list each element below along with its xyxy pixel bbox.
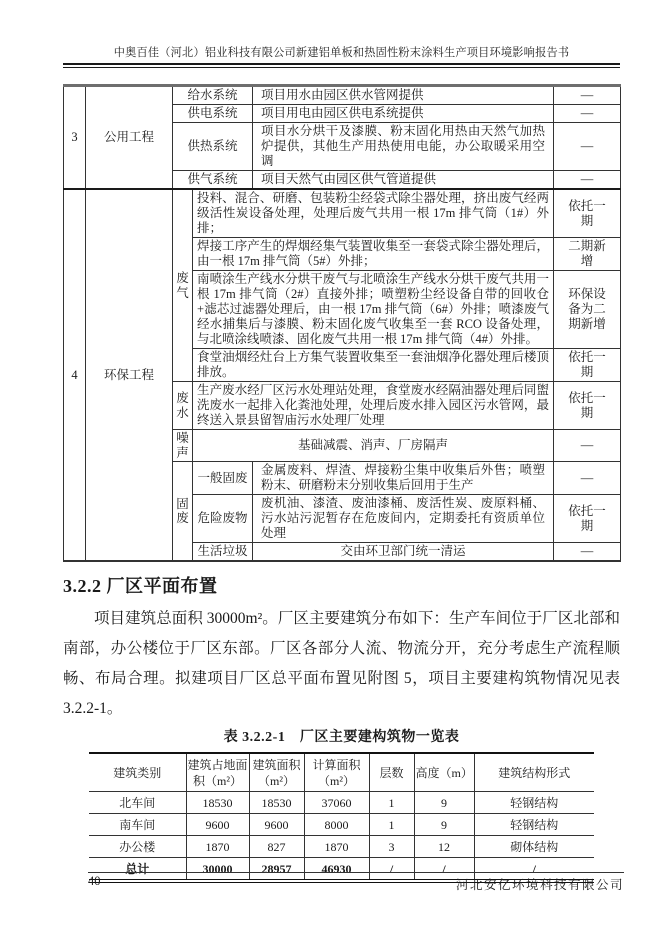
system-desc-cell: 项目用电由园区供电系统提供 [253,105,554,123]
measure-desc-cell: 生产废水经厂区污水处理站处理，食堂废水经隔油器处理后同盥洗废水一起排入化粪池处理… [193,382,554,430]
solid-waste-type-cell: 一般固废 [193,462,253,495]
cell-height: 9 [414,792,474,814]
cell-floors: 1 [369,814,414,836]
col-header-building-area: 建筑面积（m²） [249,753,304,792]
buildings-table: 建筑类别 建筑占地面积（m²） 建筑面积（m²） 计算面积（m²） 层数 高度（… [89,752,594,883]
measure-desc-cell: 基础减震、消声、厂房隔声 [193,430,554,462]
col-header-height: 高度（m） [414,753,474,792]
header-double-rule [63,63,620,68]
page-content: 中奥百佳（河北）铝业科技有限公司新建铝单板和热固性粉末涂料生产项目环境影响报告书… [63,0,620,883]
cell-calculated-area: 37060 [304,792,369,814]
col-header-building-type: 建筑类别 [89,753,186,792]
cell-floors: 1 [369,792,414,814]
measure-desc-cell: 投料、混合、研磨、包装粉尘经袋式除尘器处理，挤出废气经两级活性炭设备处理，处理后… [193,189,554,238]
cell-height: 9 [414,814,474,836]
table-row-south-workshop: 南车间 9600 9600 8000 1 9 轻钢结构 [89,814,594,836]
page-footer: 40 河北安亿环境科技有限公司 [88,872,624,893]
col-header-floors: 层数 [369,753,414,792]
buildings-header-row: 建筑类别 建筑占地面积（m²） 建筑面积（m²） 计算面积（m²） 层数 高度（… [89,753,594,792]
remark-cell: 二期新增 [554,238,621,271]
cell-building-type: 北车间 [89,792,186,814]
measure-desc-cell: 食堂油烟经灶台上方集气装置收集至一套油烟净化器处理后楼顶排放。 [193,349,554,382]
category-cell: 环保工程 [86,189,173,561]
measure-desc-cell: 焊接工序产生的焊烟经集气装置收集至一套袋式除尘器处理后，由一根 17m 排气筒（… [193,238,554,271]
footer-company-name: 河北安亿环境科技有限公司 [456,875,624,893]
document-page: 中奥百佳（河北）铝业科技有限公司新建铝单板和热固性粉末涂料生产项目环境影响报告书… [0,0,667,936]
cell-building-area: 827 [249,836,304,858]
page-number: 40 [88,874,101,889]
remark-cell: — [554,543,621,562]
table-row-north-workshop: 北车间 18530 18530 37060 1 9 轻钢结构 [89,792,594,814]
body-paragraph: 项目建筑总面积 30000m²。厂区主要建筑分布如下：生产车间位于厂区北部和南部… [63,604,620,724]
table-row-water-supply: 3 公用工程 给水系统 项目用水由园区供水管网提供 — [64,86,621,105]
system-name-cell: 供热系统 [173,123,253,171]
waste-gas-label-cell: 废气 [173,189,193,382]
waste-water-label-cell: 废水 [173,382,193,430]
noise-label-cell: 噪声 [173,430,193,462]
cell-calculated-area: 8000 [304,814,369,836]
table-row-office-building: 办公楼 1870 827 1870 3 12 砌体结构 [89,836,594,858]
buildings-table-title: 表 3.2.2-1 厂区主要建构筑物一览表 [63,726,620,746]
remark-cell: — [554,86,621,105]
remark-cell: — [554,462,621,495]
cell-footprint-area: 1870 [186,836,249,858]
remark-cell: 环保设备为二期新增 [554,271,621,349]
remark-cell: — [554,171,621,190]
remark-cell: — [554,123,621,171]
cell-structure-type: 轻钢结构 [474,792,594,814]
system-name-cell: 给水系统 [173,86,253,105]
remark-cell: 依托一期 [554,349,621,382]
remark-cell: 依托一期 [554,495,621,543]
remark-cell: 依托一期 [554,382,621,430]
cell-footprint-area: 18530 [186,792,249,814]
remark-cell: — [554,430,621,462]
cell-building-area: 18530 [249,792,304,814]
remark-cell: 依托一期 [554,189,621,238]
system-desc-cell: 项目用水由园区供水管网提供 [253,86,554,105]
measure-desc-cell: 废机油、漆渣、废油漆桶、废活性炭、废原料桶、污水站污泥暂存在危废间内，定期委托有… [253,495,554,543]
cell-building-type: 办公楼 [89,836,186,858]
system-name-cell: 供气系统 [173,171,253,190]
measure-desc-cell: 交由环卫部门统一清运 [253,543,554,562]
remark-cell: — [554,105,621,123]
solid-waste-label-cell: 固废 [173,462,193,562]
section-heading: 3.2.2 厂区平面布置 [63,572,620,598]
cell-footprint-area: 9600 [186,814,249,836]
cell-calculated-area: 1870 [304,836,369,858]
cell-height: 12 [414,836,474,858]
row-number-cell: 3 [64,86,86,190]
measure-desc-cell: 南喷涂生产线水分烘干废气与北喷涂生产线水分烘干废气共用一根 17m 排气筒（2#… [193,271,554,349]
system-desc-cell: 项目水分烘干及漆膜、粉末固化用热由天然气加热炉提供，其他生产用热使用电能，办公取… [253,123,554,171]
solid-waste-type-cell: 生活垃圾 [193,543,253,562]
system-desc-cell: 项目天然气由园区供气管道提供 [253,171,554,190]
cell-structure-type: 轻钢结构 [474,814,594,836]
row-number-cell: 4 [64,189,86,561]
measure-desc-cell: 金属废料、焊渣、焊接粉尘集中收集后外售；喷塑粉末、研磨粉末分别收集后回用于生产 [253,462,554,495]
solid-waste-type-cell: 危险废物 [193,495,253,543]
project-overview-table: 3 公用工程 给水系统 项目用水由园区供水管网提供 — 供电系统 项目用电由园区… [63,84,621,562]
col-header-calculated-area: 计算面积（m²） [304,753,369,792]
table-row-waste-gas-1: 4 环保工程 废气 投料、混合、研磨、包装粉尘经袋式除尘器处理，挤出废气经两级活… [64,189,621,238]
cell-floors: 3 [369,836,414,858]
col-header-footprint-area: 建筑占地面积（m²） [186,753,249,792]
system-name-cell: 供电系统 [173,105,253,123]
cell-structure-type: 砌体结构 [474,836,594,858]
cell-building-type: 南车间 [89,814,186,836]
category-cell: 公用工程 [86,86,173,190]
cell-building-area: 9600 [249,814,304,836]
page-header-title: 中奥百佳（河北）铝业科技有限公司新建铝单板和热固性粉末涂料生产项目环境影响报告书 [63,44,620,60]
col-header-structure-type: 建筑结构形式 [474,753,594,792]
